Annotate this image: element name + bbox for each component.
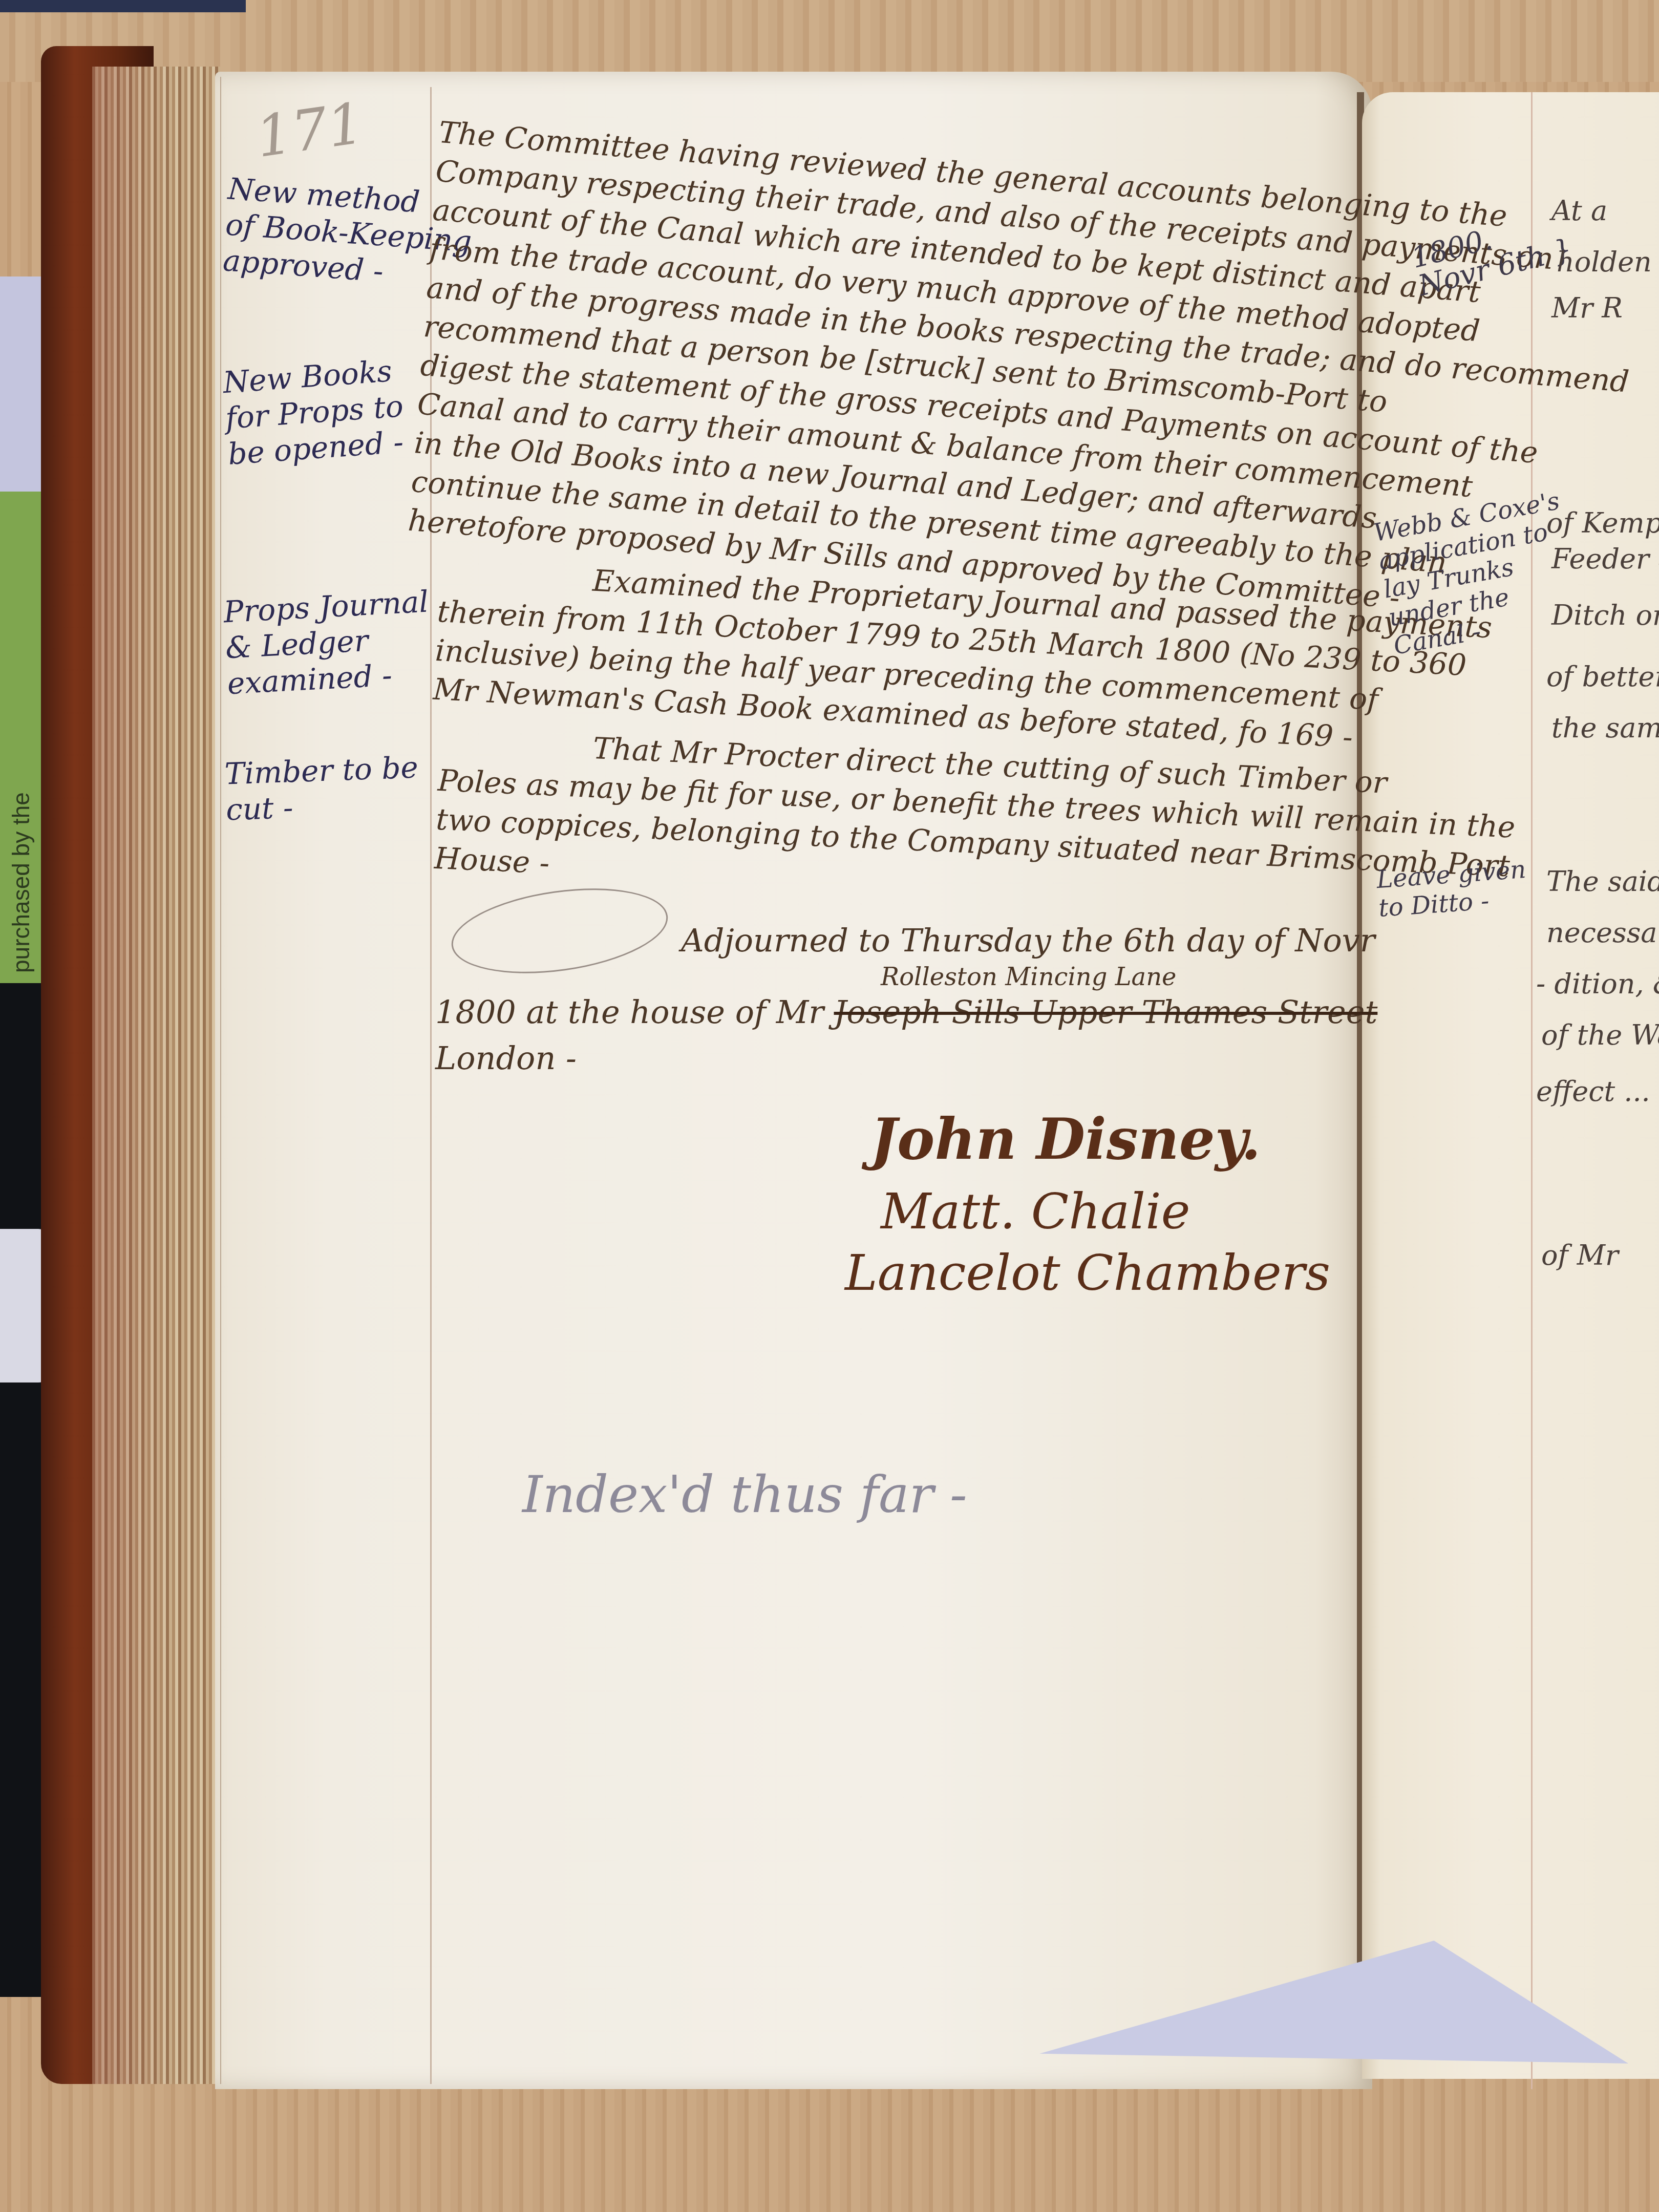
text-segment: 1800 at the house of Mr <box>435 993 824 1031</box>
background-object <box>0 0 246 12</box>
background-card <box>0 276 46 492</box>
right-text: Feeder at <box>1551 543 1659 575</box>
margin-line: cut - <box>225 785 420 827</box>
adjournment-insertion: Rolleston Mincing Lane <box>881 963 1177 991</box>
margin-line: Timber to be <box>224 749 419 792</box>
struck-text: Joseph Sills Upper Thames Street <box>834 993 1378 1031</box>
right-text: Ditch or <box>1551 599 1659 631</box>
right-text: necessary <box>1546 917 1659 949</box>
desk-surface <box>0 0 1659 82</box>
margin-note-props-journal: Props Journal & Ledger examined - <box>223 584 433 702</box>
right-text: of better d <box>1546 661 1659 693</box>
right-margin-leave-given: Leave given to Ditto - <box>1375 855 1528 923</box>
margin-note-new-books: New Books for Props to be opened - <box>222 352 407 472</box>
right-text: The said <box>1546 865 1659 898</box>
adjournment-line-2: 1800 at the house of Mr Joseph Sills Upp… <box>435 993 1377 1031</box>
pencil-index-note: Index'd thus far - <box>522 1464 967 1524</box>
signature-lancelot-chambers: Lancelot Chambers <box>845 1244 1330 1302</box>
right-text: At a <box>1551 195 1607 227</box>
right-text: effect ... <box>1536 1075 1650 1108</box>
right-text: the same <box>1551 712 1659 744</box>
right-text: of the Wa <box>1541 1019 1659 1051</box>
page-edges <box>92 67 220 2084</box>
right-text: holden <box>1557 246 1652 278</box>
green-label: purchased by the <box>0 492 41 983</box>
right-text: of Kemps <box>1546 507 1659 539</box>
adjournment-line-3: London - <box>435 1039 577 1077</box>
adjournment-line: Adjourned to Thursday the 6th day of Nov… <box>681 922 1375 959</box>
right-text: - dition, & <box>1536 968 1659 1000</box>
right-text: of Mr <box>1541 1239 1619 1271</box>
right-text: Mr R <box>1551 292 1623 324</box>
page-border <box>220 77 221 2084</box>
signature-matt-chalie: Matt. Chalie <box>881 1183 1190 1240</box>
signature-john-disney: John Disney. <box>870 1106 1261 1172</box>
margin-note-timber: Timber to be cut - <box>224 749 420 827</box>
label-text: purchased by the <box>7 792 35 973</box>
